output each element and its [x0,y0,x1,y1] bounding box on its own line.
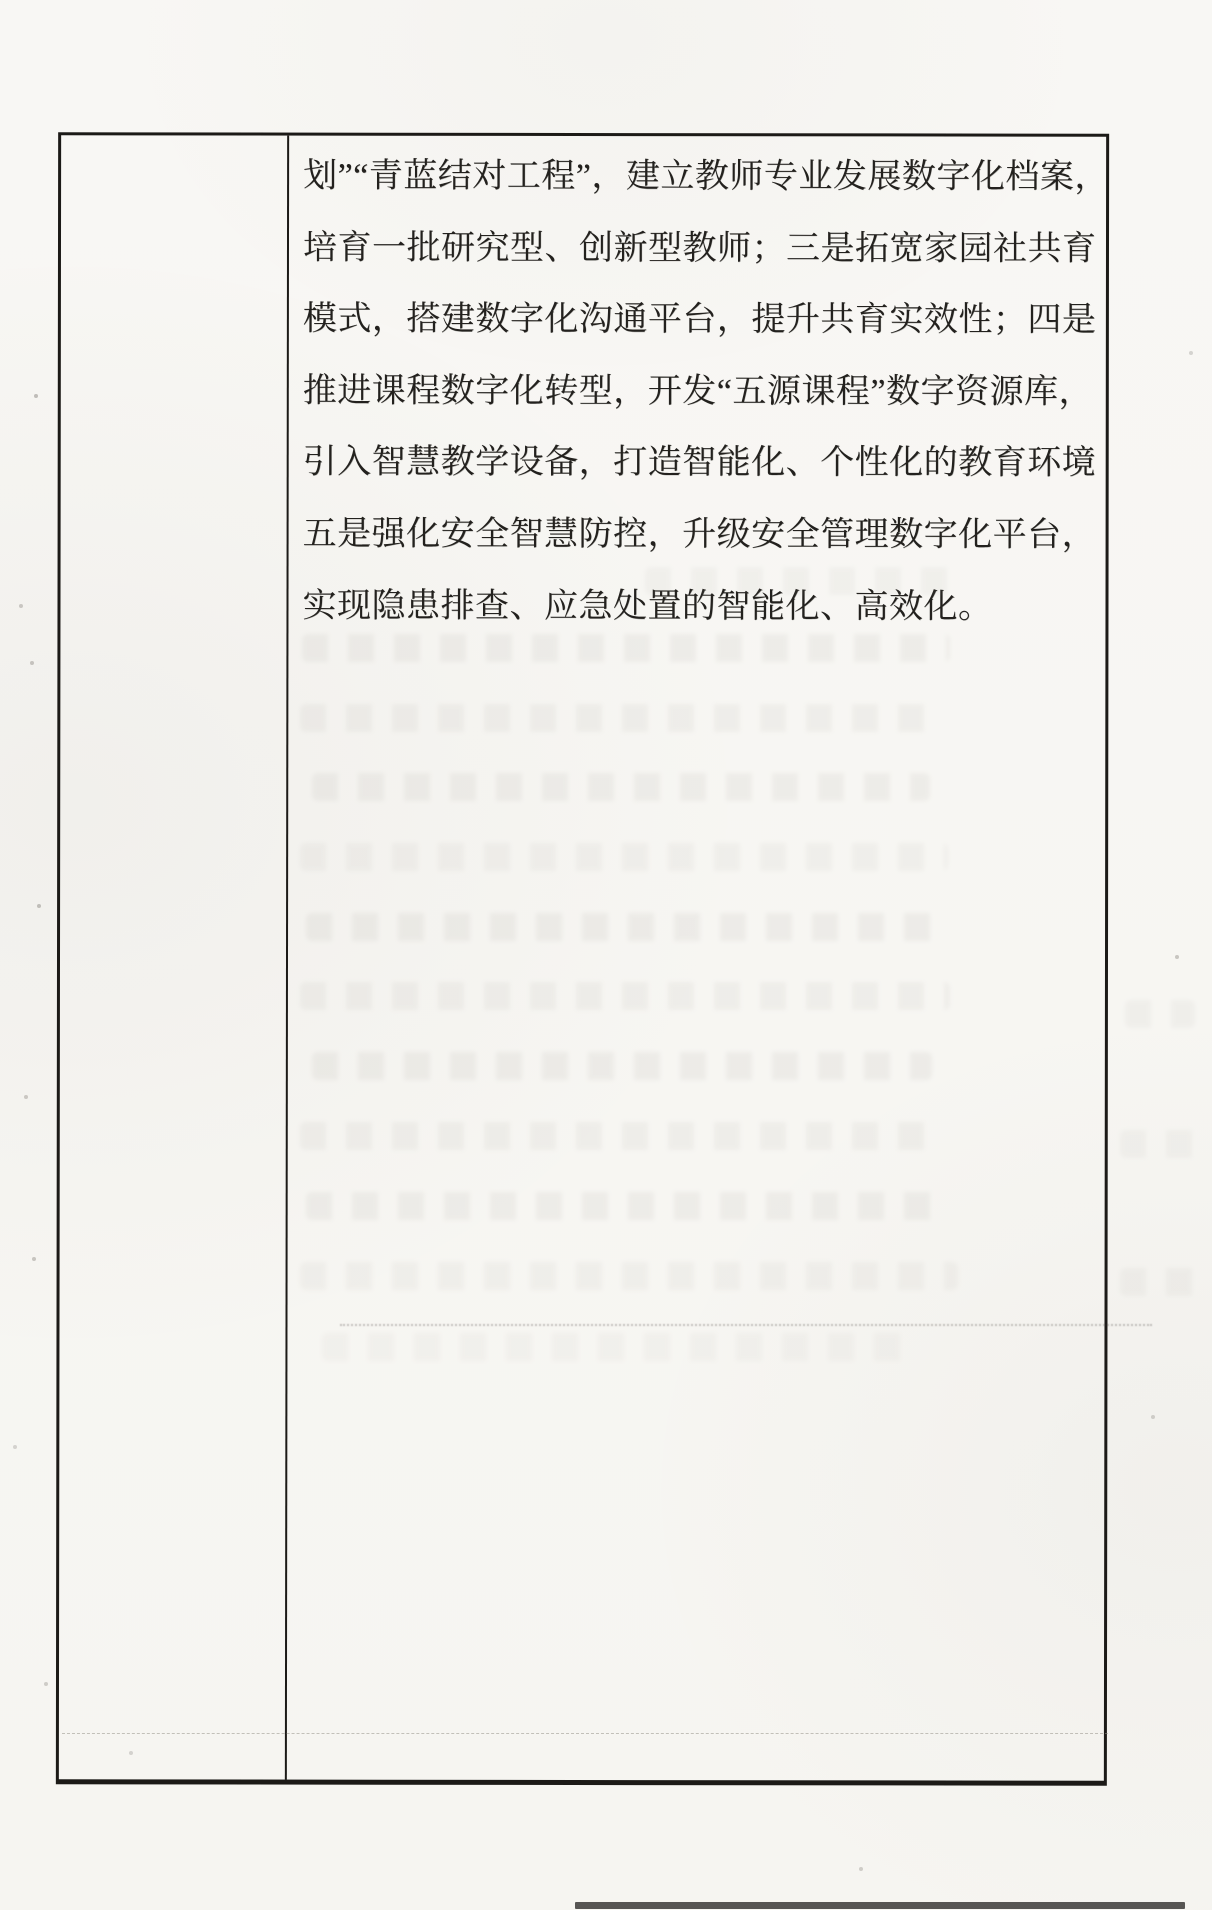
body-text-line: 推进课程数字化转型，开发“五源课程”数字资源库， [303,355,1100,428]
paper-noise-specks [0,0,2,2]
bleed-through-margin-smudge [1120,1268,1196,1296]
body-text-line: 培育一批研究型、创新型教师；三是拓宽家园社共育 [303,212,1100,285]
table-body-cell: 划”“青蓝结对工程”，建立教师专业发展数字化档案， 培育一批研究型、创新型教师；… [289,136,1106,1781]
table-left-cell [59,135,289,1779]
bleed-through-line [300,704,936,732]
bleed-through-line [302,634,950,662]
bleed-through-margin-smudge [1120,1130,1200,1158]
body-text-line: 五是强化安全智慧防控，升级安全管理数字化平台， [303,499,1100,572]
body-text-line: 引入智慧教学设备，打造智能化、个性化的教育环境； [303,427,1100,500]
body-text-line: 划”“青蓝结对工程”，建立教师专业发展数字化档案， [303,141,1100,214]
bleed-through-line [300,843,948,871]
bleed-through-line [312,1052,932,1080]
bleed-through-line [312,773,930,801]
bleed-through-line [645,567,955,595]
scanned-page: 划”“青蓝结对工程”，建立教师专业发展数字化档案， 培育一批研究型、创新型教师；… [0,0,1212,1910]
scan-dotted-line [340,1324,1152,1326]
bleed-through-line [300,982,950,1010]
bleed-through-line [300,1262,958,1290]
bleed-through-line [300,1122,940,1150]
document-table: 划”“青蓝结对工程”，建立教师专业发展数字化档案， 培育一批研究型、创新型教师；… [56,132,1109,1785]
bleed-through-margin-smudge [1125,1000,1195,1028]
bleed-through-line [306,913,936,941]
scan-bottom-edge-bar [575,1902,1185,1909]
bleed-through-line [306,1192,936,1220]
body-text-line: 模式，搭建数字化沟通平台，提升共育实效性；四是 [303,284,1100,357]
scan-dashed-line [62,1733,1108,1734]
bleed-through-line [322,1333,920,1361]
